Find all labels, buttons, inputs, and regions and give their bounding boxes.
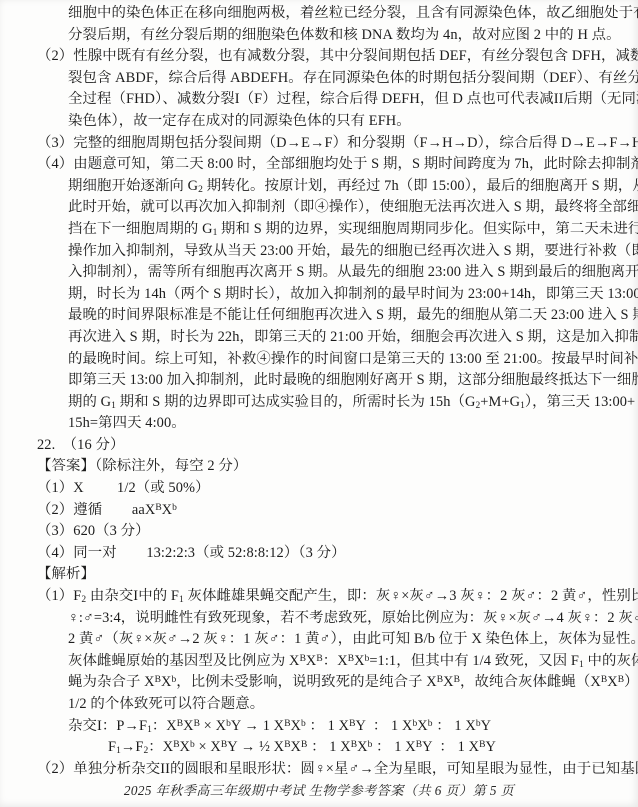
text-line: 15h=第四天 4:00。 (0, 413, 638, 435)
text-line: 22. （16 分） (0, 435, 638, 457)
text-line: （3）完整的细胞周期包括分裂间期（D→E→F）和分裂期（F→H→D），综合后得 … (0, 133, 638, 155)
answer-sheet-page: 细胞中的染色体正在移向细胞两极，着丝粒已经分裂，且含有同源染色体，故乙细胞处于有… (0, 0, 638, 807)
text-line: （2）性腺中既有有丝分裂，也有减数分裂，其中分裂间期包括 DEF，有丝分裂包含 … (0, 46, 638, 68)
text-line: 挡在下一细胞周期的 G1 期和 S 期的边界，实现细胞周期同步化。但实际中，第二… (0, 219, 638, 241)
text-line: 染色体），故一定存在成对的同源染色体的只有 EFH。 (0, 111, 638, 133)
text-line: （1）X 1/2（或 50%） (0, 478, 638, 500)
text-line: 全过程（FHD）、减数分裂I（F）过程，综合后得 DEFH，但 D 点也可代表减… (0, 89, 638, 111)
text-line: 入抑制剂），需等所有细胞再次离开 S 期。从最先的细胞 23:00 进入 S 期… (0, 262, 638, 284)
text-line: 【解析】 (0, 564, 638, 586)
text-line: ♀:♂=3:4，说明雌性有致死现象，若不考虑致死，原始比例应为：灰♀×灰♂→4 … (0, 608, 638, 630)
text-line: 最晚的时间界限标准是不能让任何细胞再次进入 S 期，最先的细胞从第二天 23:0… (0, 305, 638, 327)
text-line: 即第三天 13:00 加入抑制剂，此时最晚的细胞刚好离开 S 期，这部分细胞最终… (0, 370, 638, 392)
text-line: 操作加入抑制剂，导致从当天 23:00 开始，最先的细胞已经再次进入 S 期，要… (0, 241, 638, 263)
text-line: 的最晚时间。综上可知，补救④操作的时间窗口是第三天的 13:00 至 21:00… (0, 349, 638, 371)
text-line: （3）620（3 分） (0, 521, 638, 543)
text-line: 灰体雌蝇原始的基因型及比例应为 XBXB：XBXb=1:1，但其中有 1/4 致… (0, 651, 638, 673)
text-line: 分裂后期，有丝分裂后期的细胞染色体数和核 DNA 数均为 4n，故对应图 2 中… (0, 25, 638, 47)
text-line: 期的 G1 期和 S 期的边界即可达成实验目的，所需时长为 15h（G2+M+G… (0, 392, 638, 414)
text-line: 再次进入 S 期，时长为 22h，即第三天的 21:00 开始，细胞会再次进入 … (0, 327, 638, 349)
text-line: （1）F2 由杂交I中的 F1 灰体雌雄果蝇交配产生，即：灰♀×灰♂→3 灰♀：… (0, 586, 638, 608)
text-lines: 细胞中的染色体正在移向细胞两极，着丝粒已经分裂，且含有同源染色体，故乙细胞处于有… (0, 3, 638, 780)
text-line: （4）同一对 13:2:2:3（或 52:8:8:12）（3 分） (0, 543, 638, 565)
text-line: 2 黄♂（灰♀×灰♂→2 灰♀：1 灰♂：1 黄♂），由此可知 B/b 位于 X… (0, 629, 638, 651)
text-line: （2）单独分析杂交II的圆眼和星眼形状：圆♀×星♂→全为星眼，可知星眼为显性，由… (0, 759, 638, 781)
text-line: 1/2 的个体致死可以符合题意。 (0, 694, 638, 716)
text-line: 蝇为杂合子 XBXb，比例未受影响，说明致死的是纯合子 XBXB，故纯合灰体雌蝇… (0, 672, 638, 694)
text-line: （2）遵循 aaXBXb (0, 500, 638, 522)
text-line: （4）由题意可知，第二天 8:00 时，全部细胞均处于 S 期，S 期时间跨度为… (0, 154, 638, 176)
text-line: 细胞中的染色体正在移向细胞两极，着丝粒已经分裂，且含有同源染色体，故乙细胞处于有… (0, 3, 638, 25)
text-line: 杂交I：P→F1：XBXB × XbY → 1 XBXb ： 1 XBY ： 1… (0, 716, 638, 738)
text-line: F1→F2：XBXb × XBY → ½ XBXB ： 1 XBXb ： 1 X… (0, 737, 638, 759)
page-footer: 2025 年秋季高三年级期中考试 生物学参考答案（共 6 页）第 5 页 (0, 780, 638, 799)
text-line: 【答案】（除标注外，每空 2 分） (0, 456, 638, 478)
text-line: 期，时长为 14h（两个 S 期时长），故加入抑制剂的最早时间为 23:00+1… (0, 284, 638, 306)
text-line: 裂包含 ABDF，综合后得 ABDEFH。存在同源染色体的时期包括分裂间期（DE… (0, 68, 638, 90)
text-line: 期细胞开始逐渐向 G2 期转化。按原计划，再经过 7h（即 15:00），最后的… (0, 176, 638, 198)
text-line: 此时开始，就可以再次加入抑制剂（即④操作），使细胞无法再次进入 S 期，最终将全… (0, 197, 638, 219)
